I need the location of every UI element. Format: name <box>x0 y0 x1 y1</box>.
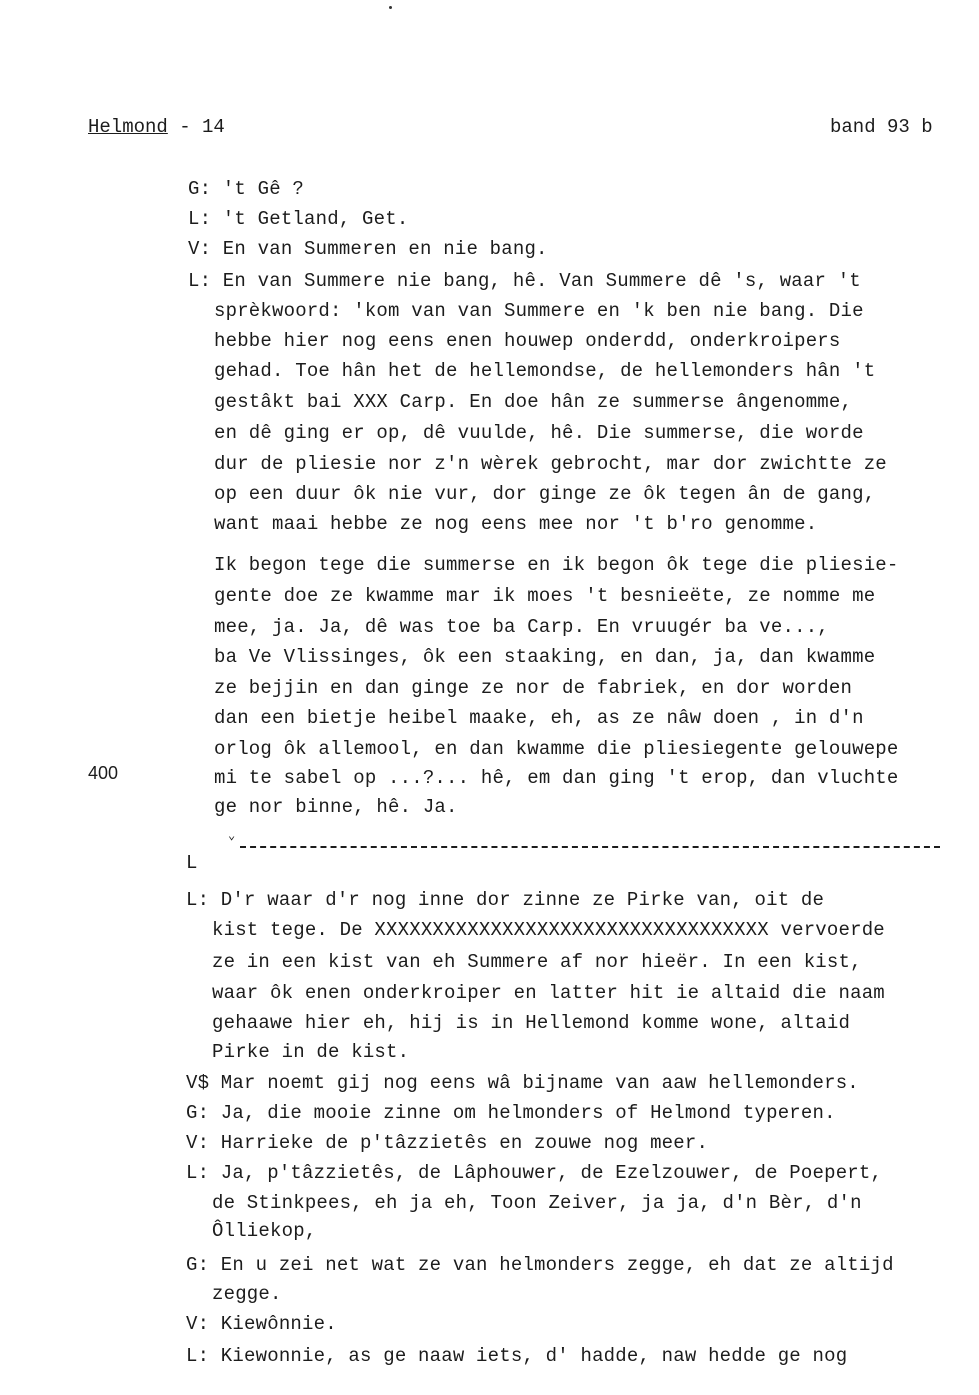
transcript-line: ze in een kist van eh Summere af nor hie… <box>212 951 862 973</box>
transcript-line: V$ Mar noemt gij nog eens wâ bijname van… <box>186 1072 859 1094</box>
dash-mark: ⌄ <box>228 828 235 843</box>
transcript-line: Ik begon tege die summerse en ik begon ô… <box>214 554 899 576</box>
section-divider <box>240 846 940 848</box>
transcript-line: ge nor binne, hê. Ja. <box>214 796 458 818</box>
place-name: Helmond <box>88 116 168 138</box>
transcript-line: op een duur ôk nie vur, dor ginge ze ôk … <box>214 483 875 505</box>
transcript-line: gente doe ze kwamme mar ik moes 't besni… <box>214 585 875 607</box>
transcript-line: en dê ging er op, dê vuulde, hê. Die sum… <box>214 422 864 444</box>
transcript-line: L: D'r waar d'r nog inne dor zinne ze Pi… <box>186 889 824 911</box>
transcript-line: orlog ôk allemool, en dan kwamme die pli… <box>214 738 899 760</box>
transcript-line: mi te sabel op ...?... hê, em dan ging '… <box>214 767 899 789</box>
transcript-line: L <box>186 852 198 874</box>
page-header-left: Helmond - 14 <box>88 116 225 138</box>
transcript-line: G: En u zei net wat ze van helmonders ze… <box>186 1254 894 1276</box>
transcript-line: Ôlliekop, <box>212 1220 316 1242</box>
transcript-line: V: En van Summeren en nie bang. <box>188 238 548 260</box>
transcript-line: gehaawe hier eh, hij is in Hellemond kom… <box>212 1012 850 1034</box>
page-number: - 14 <box>168 116 225 138</box>
speck <box>389 6 392 9</box>
transcript-line: V: Harrieke de p'tâzzietês en zouwe nog … <box>186 1132 708 1154</box>
transcript-line: G: Ja, die mooie zinne om helmonders of … <box>186 1102 836 1124</box>
transcript-line: sprèkwoord: 'kom van van Summere en 'k b… <box>214 300 864 322</box>
tape-label: band 93 b <box>830 116 933 138</box>
transcript-line: ba Ve Vlissinges, ôk een staaking, en da… <box>214 646 875 668</box>
transcript-line: gehad. Toe hân het de hellemondse, de he… <box>214 360 875 382</box>
transcript-line: waar ôk enen onderkroiper en latter hit … <box>212 982 885 1004</box>
transcript-line: want maai hebbe ze nog eens mee nor 't b… <box>214 513 817 535</box>
margin-counter: 400 <box>88 763 118 784</box>
transcript-line: hebbe hier nog eens enen houwep onderdd,… <box>214 330 841 352</box>
transcript-line: mee, ja. Ja, dê was toe ba Carp. En vruu… <box>214 616 829 638</box>
transcript-line: G: 't Gê ? <box>188 178 304 200</box>
transcript-line: dan een bietje heibel maake, eh, as ze n… <box>214 707 864 729</box>
transcript-line: L: Ja, p'tâzzietês, de Lâphouwer, de Eze… <box>186 1162 882 1184</box>
transcript-line: V: Kiewônnie. <box>186 1313 337 1335</box>
transcript-line: de Stinkpees, eh ja eh, Toon Zeiver, ja … <box>212 1192 862 1214</box>
transcript-line: ze bejjin en dan ginge ze nor de fabriek… <box>214 677 852 699</box>
transcript-line: dur de pliesie nor z'n wèrek gebrocht, m… <box>214 453 887 475</box>
transcript-line: kist tege. De XXXXXXXXXXXXXXXXXXXXXXXXXX… <box>212 919 885 941</box>
transcript-line: zegge. <box>212 1283 282 1305</box>
transcript-line: gestâkt bai XXX Carp. En doe hân ze summ… <box>214 391 852 413</box>
transcript-line: L: 't Getland, Get. <box>188 208 408 230</box>
transcript-line: Pirke in de kist. <box>212 1041 409 1063</box>
transcript-line: L: En van Summere nie bang, hê. Van Summ… <box>188 270 861 292</box>
transcript-line: L: Kiewonnie, as ge naaw iets, d' hadde,… <box>186 1345 847 1367</box>
